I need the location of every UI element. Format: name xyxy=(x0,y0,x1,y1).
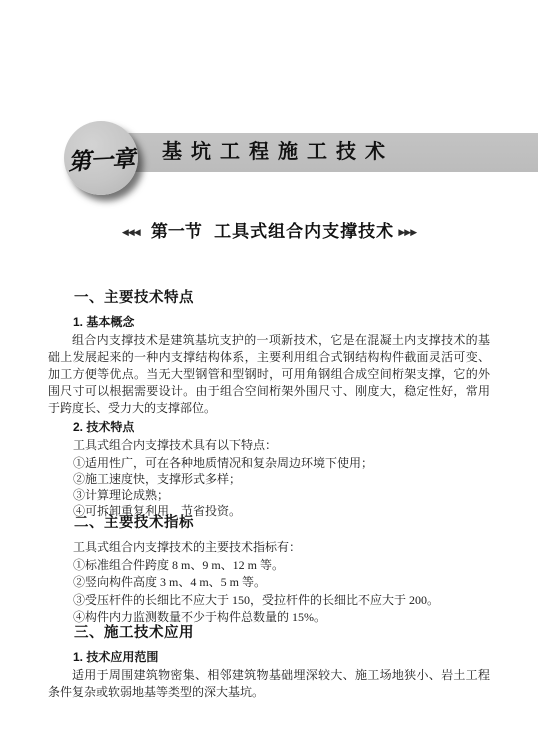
list-lead: 工具式组合内支撑技术的主要技术指标有： xyxy=(48,539,490,557)
numbered-item: ①标准组合件跨度 8 m、9 m、12 m 等。 xyxy=(48,557,490,575)
section: 一、主要技术特点1. 基本概念组合内支撑技术是建筑基坑支护的一项新技术，它是在混… xyxy=(48,288,490,519)
book-page: 基坑工程施工技术 第一章 ◀◀◀ 第一节 工具式组合内支撑技术 ▶▶▶ 一、主要… xyxy=(0,0,538,750)
section-heading: 一、主要技术特点 xyxy=(48,288,490,308)
section-title: ◀◀◀ 第一节 工具式组合内支撑技术 ▶▶▶ xyxy=(48,210,490,242)
left-arrows-icon: ◀◀◀ xyxy=(122,228,140,238)
chapter-badge-label: 第一章 xyxy=(67,140,135,176)
paragraph: 组合内支撑技术是建筑基坑支护的一项新技术，它是在混凝土内支撑技术的基础上发展起来… xyxy=(48,332,490,417)
list-lead: 工具式组合内支撑技术具有以下特点： xyxy=(48,437,490,455)
right-arrows-icon: ▶▶▶ xyxy=(398,228,416,238)
numbered-item: ②竖向构件高度 3 m、4 m、5 m 等。 xyxy=(48,574,490,592)
page-content: ◀◀◀ 第一节 工具式组合内支撑技术 ▶▶▶ 一、主要技术特点1. 基本概念组合… xyxy=(48,210,490,242)
section-name: 工具式组合内支撑技术 xyxy=(214,222,394,241)
section-number: 第一节 xyxy=(151,222,202,241)
subheading: 1. 基本概念 xyxy=(48,314,490,331)
section: 二、主要技术指标工具式组合内支撑技术的主要技术指标有：①标准组合件跨度 8 m、… xyxy=(48,513,490,627)
numbered-item: ①适用性广，可在各种地质情况和复杂周边环境下使用； xyxy=(48,455,490,471)
chapter-title: 基坑工程施工技术 xyxy=(162,133,538,172)
numbered-item: ③计算理论成熟； xyxy=(48,487,490,503)
subheading: 1. 技术应用范围 xyxy=(48,649,490,666)
numbered-item: ②施工速度快，支撑形式多样； xyxy=(48,471,490,487)
chapter-title-bar: 基坑工程施工技术 xyxy=(100,133,538,172)
subheading: 2. 技术特点 xyxy=(48,419,490,436)
section-heading: 二、主要技术指标 xyxy=(48,513,490,533)
paragraph: 适用于周围建筑物密集、相邻建筑物基础埋深较大、施工场地狭小、岩土工程条件复杂或软… xyxy=(48,667,490,701)
numbered-item: ③受压杆件的长细比不应大于 150，受拉杆件的长细比不应大于 200。 xyxy=(48,592,490,610)
chapter-badge: 第一章 xyxy=(64,121,138,195)
section-heading: 三、施工技术应用 xyxy=(48,623,490,643)
chapter-banner: 基坑工程施工技术 第一章 xyxy=(0,0,538,205)
section: 三、施工技术应用1. 技术应用范围适用于周围建筑物密集、相邻建筑物基础埋深较大、… xyxy=(48,623,490,701)
